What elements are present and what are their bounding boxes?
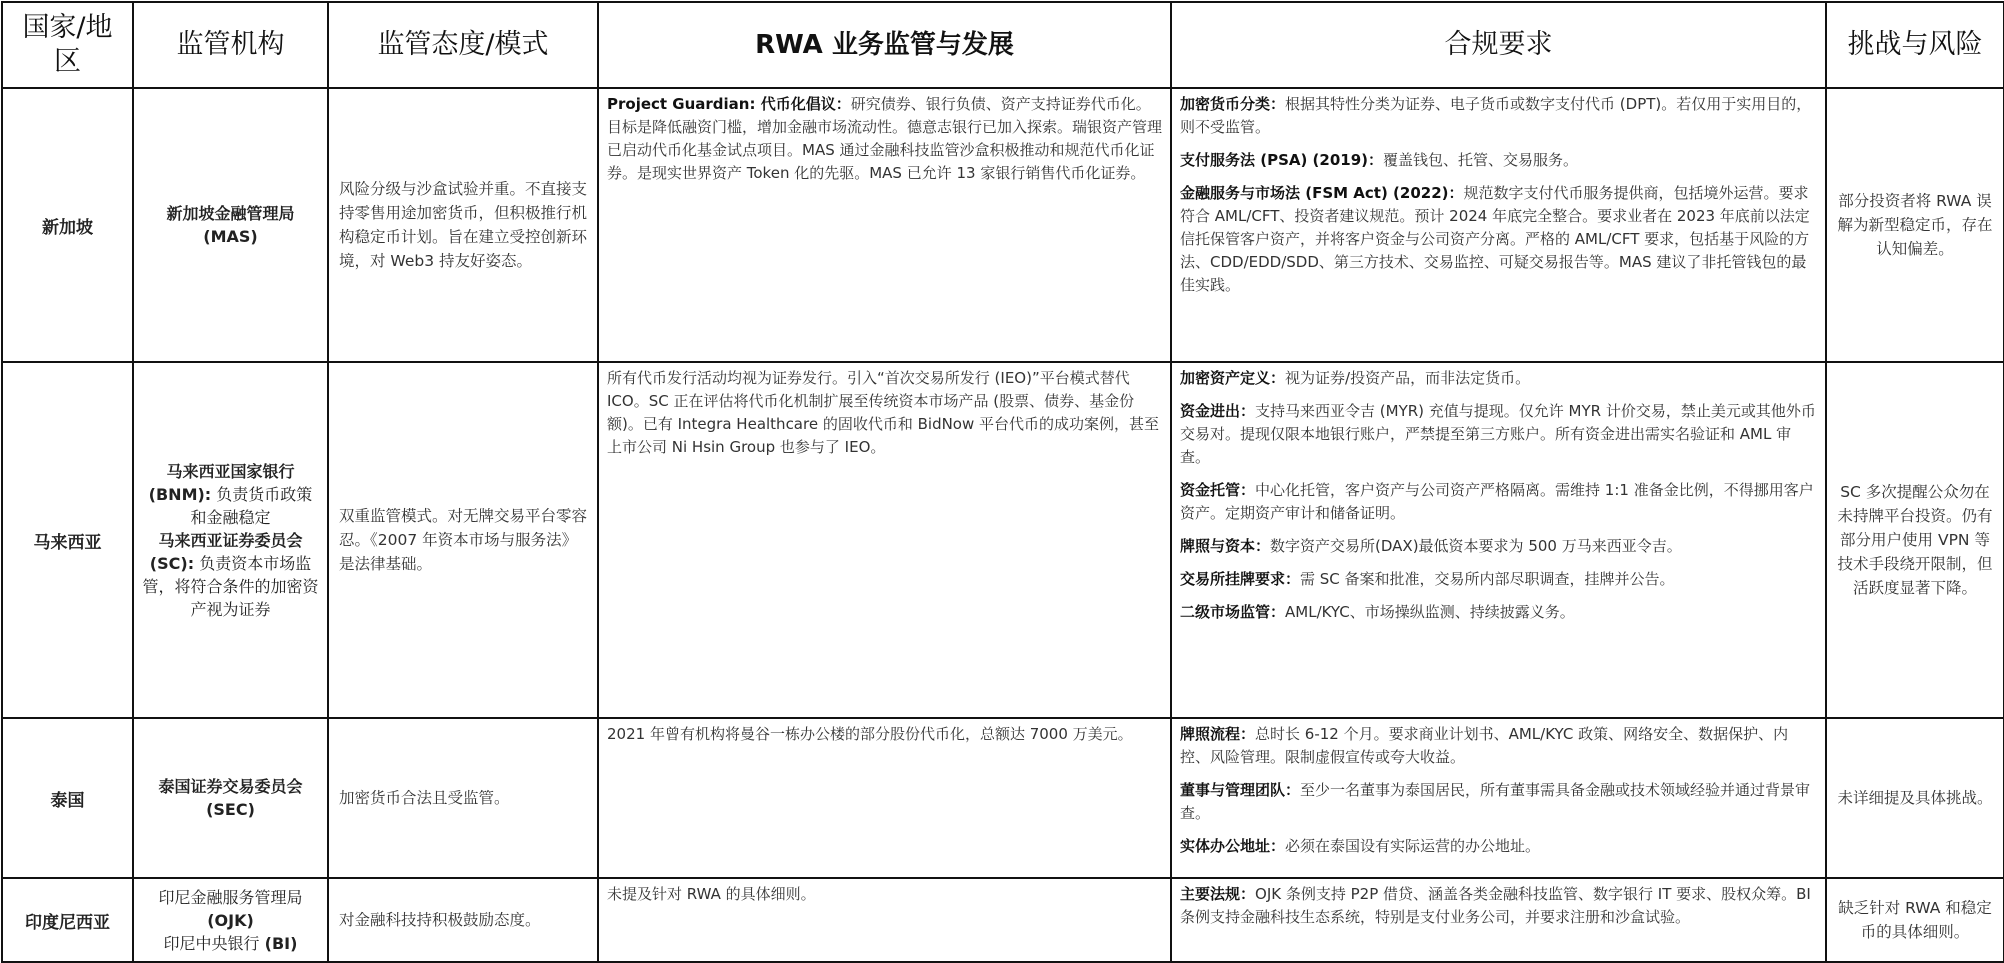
compliance-title: 交易所挂牌要求： [1180, 570, 1300, 588]
agency-abbr: (MAS) [142, 225, 319, 248]
header-compliance: 合规要求 [1171, 2, 1826, 88]
compliance-title: 牌照与资本： [1180, 537, 1270, 555]
country-cell: 新加坡 [2, 88, 133, 362]
risk-cell: 缺乏针对 RWA 和稳定币的具体细则。 [1826, 878, 2004, 957]
agency-line: 印尼中央银行 (BI) [142, 932, 319, 955]
agency-name: 新加坡金融管理局 [142, 202, 319, 225]
agency-cell: 马来西亚国家银行 (BNM): 负责货币政策和金融稳定 马来西亚证券委员会 (S… [133, 362, 328, 718]
agency-desc: (BNM): 负责货币政策和金融稳定 [142, 483, 319, 529]
compliance-cell: 加密货币分类：根据其特性分类为证券、电子货币或数字支付代币 (DPT)。若仅用于… [1171, 88, 1826, 362]
agency-cell: 印尼金融服务管理局 (OJK) 印尼中央银行 (BI) [133, 878, 328, 957]
agency-cell: 新加坡金融管理局 (MAS) [133, 88, 328, 362]
agency-name: 泰国证券交易委员会 [142, 775, 319, 798]
compliance-item: 二级市场监管：AML/KYC、市场操纵监测、持续披露义务。 [1180, 601, 1817, 624]
rwa-cell: Project Guardian: 代币化倡议：研究债券、银行负债、资产支持证券… [598, 88, 1171, 362]
rwa-text: 2021 年曾有机构将曼谷一栋办公楼的部分股份代币化，总额达 7000 万美元。 [607, 725, 1133, 743]
header-rwa: RWA 业务监管与发展 [598, 2, 1171, 88]
compliance-item: 资金托管：中心化托管，客户资产与公司资产严格隔离。需维持 1:1 准备金比例，不… [1180, 479, 1817, 525]
regulation-comparison-table: 国家/地区 监管机构 监管态度/模式 RWA 业务监管与发展 合规要求 挑战与风… [1, 1, 2004, 957]
compliance-title: 金融服务与市场法 (FSM Act) (2022)： [1180, 184, 1464, 202]
agency-abbr: (SC): [150, 554, 194, 573]
compliance-text: 支持马来西亚令吉 (MYR) 充值与提现。仅允许 MYR 计价交易，禁止美元或其… [1180, 402, 1816, 466]
rwa-text: 所有代币发行活动均视为证券发行。引入“首次交易所发行 (IEO)”平台模式替代 … [607, 369, 1159, 456]
table-row-singapore: 新加坡 新加坡金融管理局 (MAS) 风险分级与沙盒试验并重。不直接支持零售用途… [2, 88, 2004, 362]
country-cell: 马来西亚 [2, 362, 133, 718]
rwa-cell: 所有代币发行活动均视为证券发行。引入“首次交易所发行 (IEO)”平台模式替代 … [598, 362, 1171, 718]
rwa-text: 未提及针对 RWA 的具体细则。 [607, 885, 816, 903]
compliance-text: 数字资产交易所(DAX)最低资本要求为 500 万马来西亚令吉。 [1270, 537, 1682, 555]
rwa-cell: 2021 年曾有机构将曼谷一栋办公楼的部分股份代币化，总额达 7000 万美元。 [598, 718, 1171, 878]
compliance-item: 交易所挂牌要求：需 SC 备案和批准，交易所内部尽职调查，挂牌并公告。 [1180, 568, 1817, 591]
compliance-cell: 牌照流程：总时长 6-12 个月。要求商业计划书、AML/KYC 政策、网络安全… [1171, 718, 1826, 878]
compliance-item: 加密货币分类：根据其特性分类为证券、电子货币或数字支付代币 (DPT)。若仅用于… [1180, 93, 1817, 139]
compliance-item: 主要法规：OJK 条例支持 P2P 借贷、涵盖各类金融科技监管、数字银行 IT … [1180, 883, 1817, 929]
compliance-text: 必须在泰国设有实际运营的办公地址。 [1285, 837, 1540, 855]
risk-cell: 未详细提及具体挑战。 [1826, 718, 2004, 878]
header-risk: 挑战与风险 [1826, 2, 2004, 88]
compliance-item: 牌照流程：总时长 6-12 个月。要求商业计划书、AML/KYC 政策、网络安全… [1180, 723, 1817, 769]
compliance-title: 主要法规： [1180, 885, 1255, 903]
header-attitude: 监管态度/模式 [328, 2, 598, 88]
compliance-cell: 加密资产定义：视为证券/投资产品，而非法定货币。 资金进出：支持马来西亚令吉 (… [1171, 362, 1826, 718]
agency-name: 马来西亚国家银行 [142, 460, 319, 483]
country-cell: 泰国 [2, 718, 133, 878]
compliance-item: 资金进出：支持马来西亚令吉 (MYR) 充值与提现。仅允许 MYR 计价交易，禁… [1180, 400, 1817, 469]
attitude-cell: 风险分级与沙盒试验并重。不直接支持零售用途加密货币，但积极推行机构稳定币计划。旨… [328, 88, 598, 362]
country-cell: 印度尼西亚 [2, 878, 133, 957]
compliance-text: 总时长 6-12 个月。要求商业计划书、AML/KYC 政策、网络安全、数据保护… [1180, 725, 1788, 766]
agency-abbr: (SEC) [142, 798, 319, 821]
table-row-malaysia: 马来西亚 马来西亚国家银行 (BNM): 负责货币政策和金融稳定 马来西亚证券委… [2, 362, 2004, 718]
compliance-title: 支付服务法 (PSA) (2019)： [1180, 151, 1383, 169]
agency-abbr: (BI) [265, 934, 298, 953]
compliance-item: 支付服务法 (PSA) (2019)：覆盖钱包、托管、交易服务。 [1180, 149, 1817, 172]
risk-cell: 部分投资者将 RWA 误解为新型稳定币，存在认知偏差。 [1826, 88, 2004, 362]
compliance-text: 中心化托管，客户资产与公司资产严格隔离。需维持 1:1 准备金比例，不得挪用客户… [1180, 481, 1814, 522]
compliance-text: 需 SC 备案和批准，交易所内部尽职调查，挂牌并公告。 [1300, 570, 1675, 588]
compliance-title: 资金托管： [1180, 481, 1255, 499]
compliance-title: 二级市场监管： [1180, 603, 1285, 621]
compliance-text: 视为证券/投资产品，而非法定货币。 [1285, 369, 1530, 387]
attitude-cell: 双重监管模式。对无牌交易平台零容忍。《2007 年资本市场与服务法》是法律基础。 [328, 362, 598, 718]
agency-cell: 泰国证券交易委员会 (SEC) [133, 718, 328, 878]
compliance-cell: 主要法规：OJK 条例支持 P2P 借贷、涵盖各类金融科技监管、数字银行 IT … [1171, 878, 1826, 957]
compliance-text: 覆盖钱包、托管、交易服务。 [1383, 151, 1578, 169]
compliance-item: 实体办公地址：必须在泰国设有实际运营的办公地址。 [1180, 835, 1817, 858]
rwa-lead: Project Guardian: 代币化倡议： [607, 95, 851, 113]
compliance-item: 董事与管理团队：至少一名董事为泰国居民，所有董事需具备金融或技术领域经验并通过背… [1180, 779, 1817, 825]
compliance-item: 金融服务与市场法 (FSM Act) (2022)：规范数字支付代币服务提供商，… [1180, 182, 1817, 297]
table-row-indonesia: 印度尼西亚 印尼金融服务管理局 (OJK) 印尼中央银行 (BI) 对金融科技持… [2, 878, 2004, 957]
compliance-text: AML/KYC、市场操纵监测、持续披露义务。 [1285, 603, 1575, 621]
table-row-thailand: 泰国 泰国证券交易委员会 (SEC) 加密货币合法且受监管。 2021 年曾有机… [2, 718, 2004, 878]
agency-desc: (SC): 负责资本市场监管，将符合条件的加密资产视为证券 [142, 552, 319, 621]
attitude-cell: 对金融科技持积极鼓励态度。 [328, 878, 598, 957]
compliance-item: 牌照与资本：数字资产交易所(DAX)最低资本要求为 500 万马来西亚令吉。 [1180, 535, 1817, 558]
compliance-title: 董事与管理团队： [1180, 781, 1300, 799]
agency-name: 马来西亚证券委员会 [142, 529, 319, 552]
compliance-title: 实体办公地址： [1180, 837, 1285, 855]
compliance-title: 加密货币分类： [1180, 95, 1285, 113]
agency-abbr: (BNM): [149, 485, 212, 504]
compliance-item: 加密资产定义：视为证券/投资产品，而非法定货币。 [1180, 367, 1817, 390]
compliance-title: 资金进出： [1180, 402, 1255, 420]
header-country: 国家/地区 [2, 2, 133, 88]
risk-cell: SC 多次提醒公众勿在未持牌平台投资。仍有部分用户使用 VPN 等技术手段绕开限… [1826, 362, 2004, 718]
header-row: 国家/地区 监管机构 监管态度/模式 RWA 业务监管与发展 合规要求 挑战与风… [2, 2, 2004, 88]
compliance-text: OJK 条例支持 P2P 借贷、涵盖各类金融科技监管、数字银行 IT 要求、股权… [1180, 885, 1811, 926]
header-agency: 监管机构 [133, 2, 328, 88]
agency-name: 印尼中央银行 [164, 934, 260, 953]
attitude-cell: 加密货币合法且受监管。 [328, 718, 598, 878]
agency-name: 印尼金融服务管理局 [142, 886, 319, 909]
rwa-cell: 未提及针对 RWA 的具体细则。 [598, 878, 1171, 957]
agency-abbr: (OJK) [142, 909, 319, 932]
compliance-title: 牌照流程： [1180, 725, 1255, 743]
compliance-title: 加密资产定义： [1180, 369, 1285, 387]
